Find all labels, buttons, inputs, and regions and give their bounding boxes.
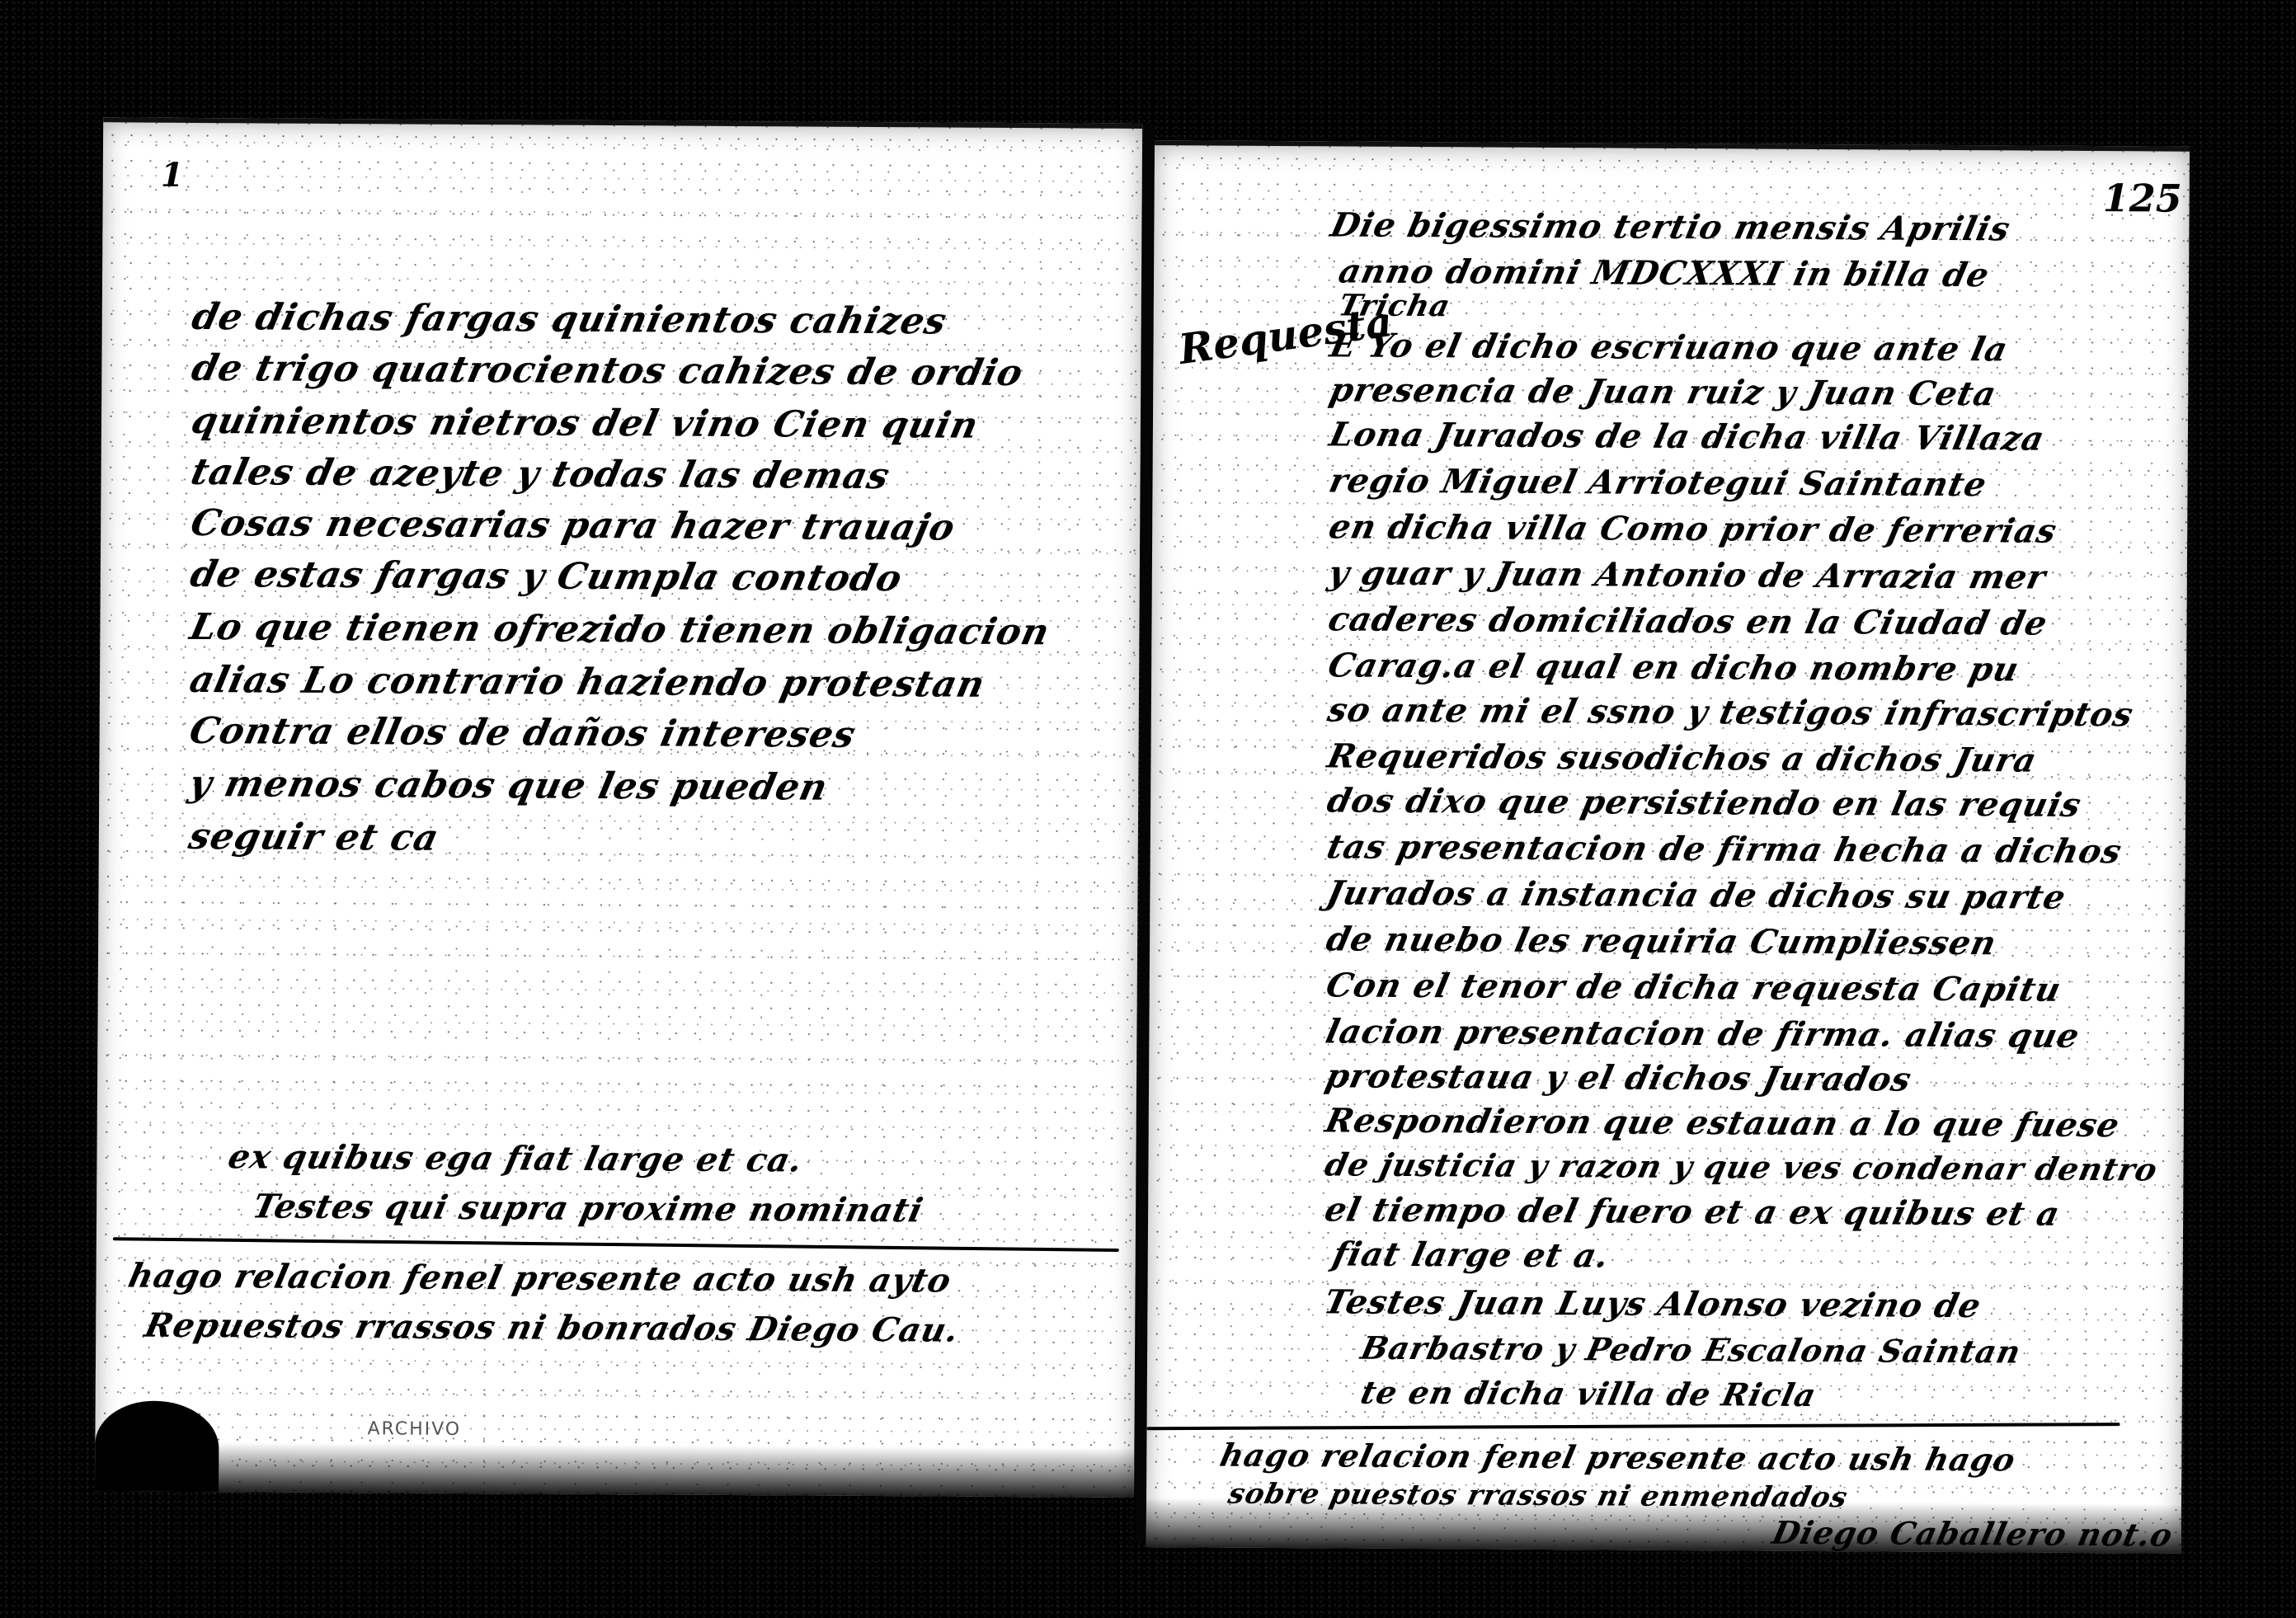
text-line: Tricha	[1335, 288, 1453, 323]
left-page: 1 de dichas fargas quinientos cahizes de…	[95, 117, 1142, 1498]
text-line: de trigo quatrocientos cahizes de ordio	[188, 347, 1028, 394]
text-line: Carag.a el qual en dicho nombre pu	[1324, 646, 2023, 689]
right-witnesses: Testes Juan Luys Alonso vezino de Barbas…	[1155, 145, 2190, 152]
text-line: alias Lo contrario haziendo protestan	[186, 659, 989, 706]
text-line: Jurados a instancia de dichos su parte	[1323, 873, 2069, 916]
attestation-line: Repuestos rrassos ni bonrados Diego Cau.	[141, 1306, 962, 1350]
text-line: de dichas fargas quinientos cahizes	[188, 296, 951, 343]
folio-number: 125	[2102, 176, 2181, 221]
text-line: dos dixo que persistiendo en las requis	[1324, 781, 2085, 825]
page-bottom-shadow	[95, 1442, 1134, 1498]
text-line: Die bigessimo tertio mensis Aprilis	[1327, 205, 2014, 248]
closing-line: Testes qui supra proxime nominati	[249, 1187, 927, 1230]
text-line: Contra ellos de daños intereses	[186, 710, 859, 756]
text-line: Con el tenor de dicha requesta Capitu	[1323, 966, 2065, 1009]
left-attestation: hago relacion fenel presente acto ush ay…	[103, 122, 1142, 129]
manuscript-spread: 1 de dichas fargas quinientos cahizes de…	[95, 117, 2190, 1531]
text-line: presencia de Juan ruiz y Juan Ceta	[1326, 370, 2000, 413]
text-line: de estas fargas y Cumpla contodo	[186, 553, 906, 600]
text-line: quinientos nietros del vino Cien quin	[187, 400, 982, 447]
horizontal-rule	[113, 1237, 1119, 1252]
text-line: de justicia y razon y que ves condenar d…	[1322, 1145, 2162, 1188]
text-line: tas presentacion de firma hecha a dichos	[1324, 827, 2126, 871]
text-line: so ante mi el ssno y testigos infrascrip…	[1324, 690, 2138, 734]
corner-mark: 1	[161, 156, 184, 195]
text-line: Requeridos susodichos a dichos Jura	[1324, 736, 2040, 779]
text-line: caderes domiciliados en la Ciudad de	[1324, 600, 2051, 642]
text-line: protestaua y el dichos Jurados	[1322, 1056, 1915, 1098]
right-page-body: Die bigessimo tertio mensis Aprilis anno…	[1155, 145, 2190, 152]
text-line: E Yo el dicho escriuano que ante la	[1326, 326, 2011, 369]
attestation-line: hago relacion fenel presente acto ush ay…	[125, 1257, 955, 1301]
text-line: lacion presentacion de firma. alias que	[1322, 1012, 2083, 1056]
right-page: 125 Requesta Die bigessimo tertio mensis…	[1146, 140, 2190, 1554]
text-line: Respondieron que estauan a lo que fuese	[1322, 1101, 2124, 1145]
right-attestation: hago relacion fenel presente acto ush ha…	[1155, 145, 2190, 152]
text-line: seguir et ca	[185, 816, 443, 859]
text-line: en dicha villa Como prior de ferrerias	[1325, 507, 2061, 550]
page-bottom-shadow	[1146, 1498, 2181, 1554]
text-line: fiat large et a.	[1329, 1235, 1613, 1275]
attestation-line: hago relacion fenel presente acto ush ha…	[1216, 1437, 2019, 1479]
text-line: y menos cabos que les pueden	[186, 763, 832, 809]
text-line: Lo que tienen ofrezido tienen obligacion	[186, 606, 1054, 653]
horizontal-rule	[1147, 1423, 2120, 1430]
witness-line: te en dicha villa de Ricla	[1357, 1374, 1820, 1413]
witness-line: Testes Juan Luys Alonso vezino de	[1320, 1282, 1984, 1325]
closing-line: ex quibus ega fiat large et ca.	[224, 1137, 807, 1179]
left-page-body: de dichas fargas quinientos cahizes de t…	[103, 122, 1142, 129]
text-line: Lona Jurados de la dicha villa Villaza	[1326, 415, 2049, 458]
witness-line: Barbastro y Pedro Escalona Saintan	[1357, 1329, 2025, 1371]
text-line: Cosas necesarias para hazer trauajo	[187, 502, 959, 549]
text-line: tales de azeyte y todas las demas	[187, 451, 893, 497]
left-closing: ex quibus ega fiat large et ca. Testes q…	[103, 122, 1142, 129]
text-line: de nuebo les requiria Cumpliessen	[1323, 920, 2000, 962]
archive-stamp: ARCHIVO	[367, 1418, 461, 1440]
text-line: y guar y Juan Antonio de Arrazia mer	[1325, 553, 2050, 596]
text-line: regio Miguel Arriotegui Saintante	[1325, 461, 1990, 504]
text-line: el tiempo del fuero et a ex quibus et a	[1321, 1190, 2063, 1233]
